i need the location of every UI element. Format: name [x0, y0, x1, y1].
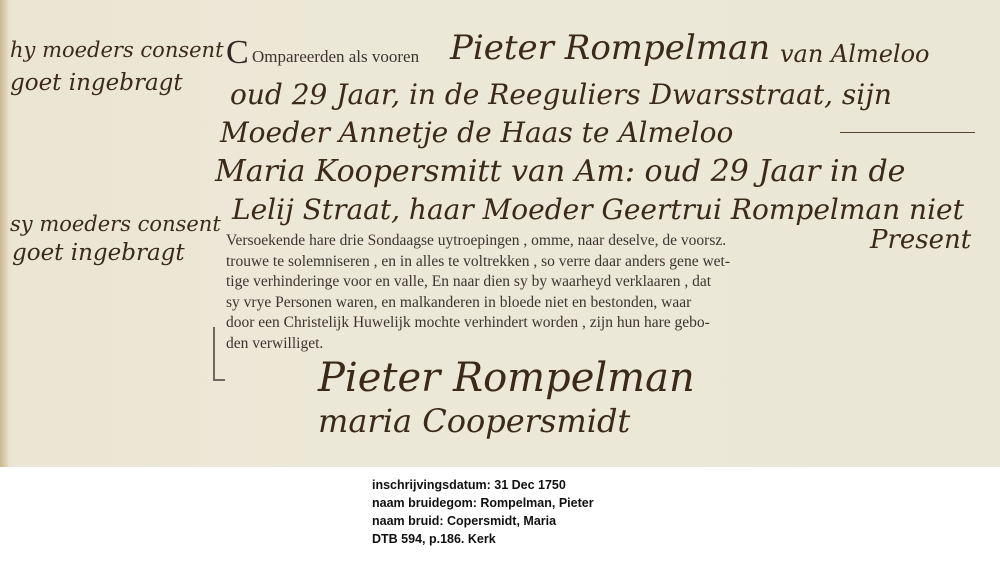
groom-signature: Pieter Rompelman: [318, 355, 695, 401]
printed-line: sy vrye Personen waren, en malkanderen i…: [226, 293, 816, 314]
drop-initial: C: [226, 34, 249, 72]
printed-line: den verwilliget.: [226, 334, 816, 355]
margin-note-2-line-1: sy moeders consent: [10, 212, 221, 236]
margin-note-2-line-2: goet ingebragt: [12, 240, 185, 266]
handwritten-line-2: oud 29 Jaar, in de Reeguliers Dwarsstraa…: [230, 78, 892, 111]
groom-name: Pieter Rompelman: [450, 28, 770, 68]
margin-note-1-line-2: goet ingebragt: [10, 70, 183, 96]
bride-line: Maria Koopersmitt van Am: oud 29 Jaar in…: [215, 154, 905, 189]
filler-line: [840, 132, 975, 133]
groom-origin: van Almeloo: [780, 40, 930, 68]
printed-line: Versoekende hare drie Sondaagse uytroepi…: [226, 231, 816, 252]
bracket-mark: [213, 327, 225, 381]
handwritten-line-5: Lelij Straat, haar Moeder Geertrui Rompe…: [232, 193, 964, 226]
present-note: Present: [870, 225, 971, 255]
printed-line: trouwe te solemniseren , en in alles te …: [226, 252, 816, 273]
printed-line: door een Christelijk Huwelijk mochte ver…: [226, 313, 816, 334]
handwritten-line-3: Moeder Annetje de Haas te Almeloo: [220, 116, 733, 149]
bride-signature: maria Coopersmidt: [318, 402, 630, 440]
caption-bride: naam bruid: Copersmidt, Maria: [372, 512, 594, 530]
margin-note-1-line-1: hy moeders consent: [10, 38, 224, 62]
caption-source: DTB 594, p.186. Kerk: [372, 530, 594, 548]
caption-groom: naam bruidegom: Rompelman, Pieter: [372, 494, 594, 512]
caption-date: inschrijvingsdatum: 31 Dec 1750: [372, 476, 594, 494]
printed-intro: Ompareerden als vooren: [252, 47, 419, 67]
printed-formula: Versoekende hare drie Sondaagse uytroepi…: [226, 231, 816, 354]
archival-scan: hy moeders consent goet ingebragt sy moe…: [0, 0, 1000, 467]
printed-line: tige verhinderinge voor en valle, En naa…: [226, 272, 816, 293]
record-caption: inschrijvingsdatum: 31 Dec 1750 naam bru…: [372, 476, 594, 548]
